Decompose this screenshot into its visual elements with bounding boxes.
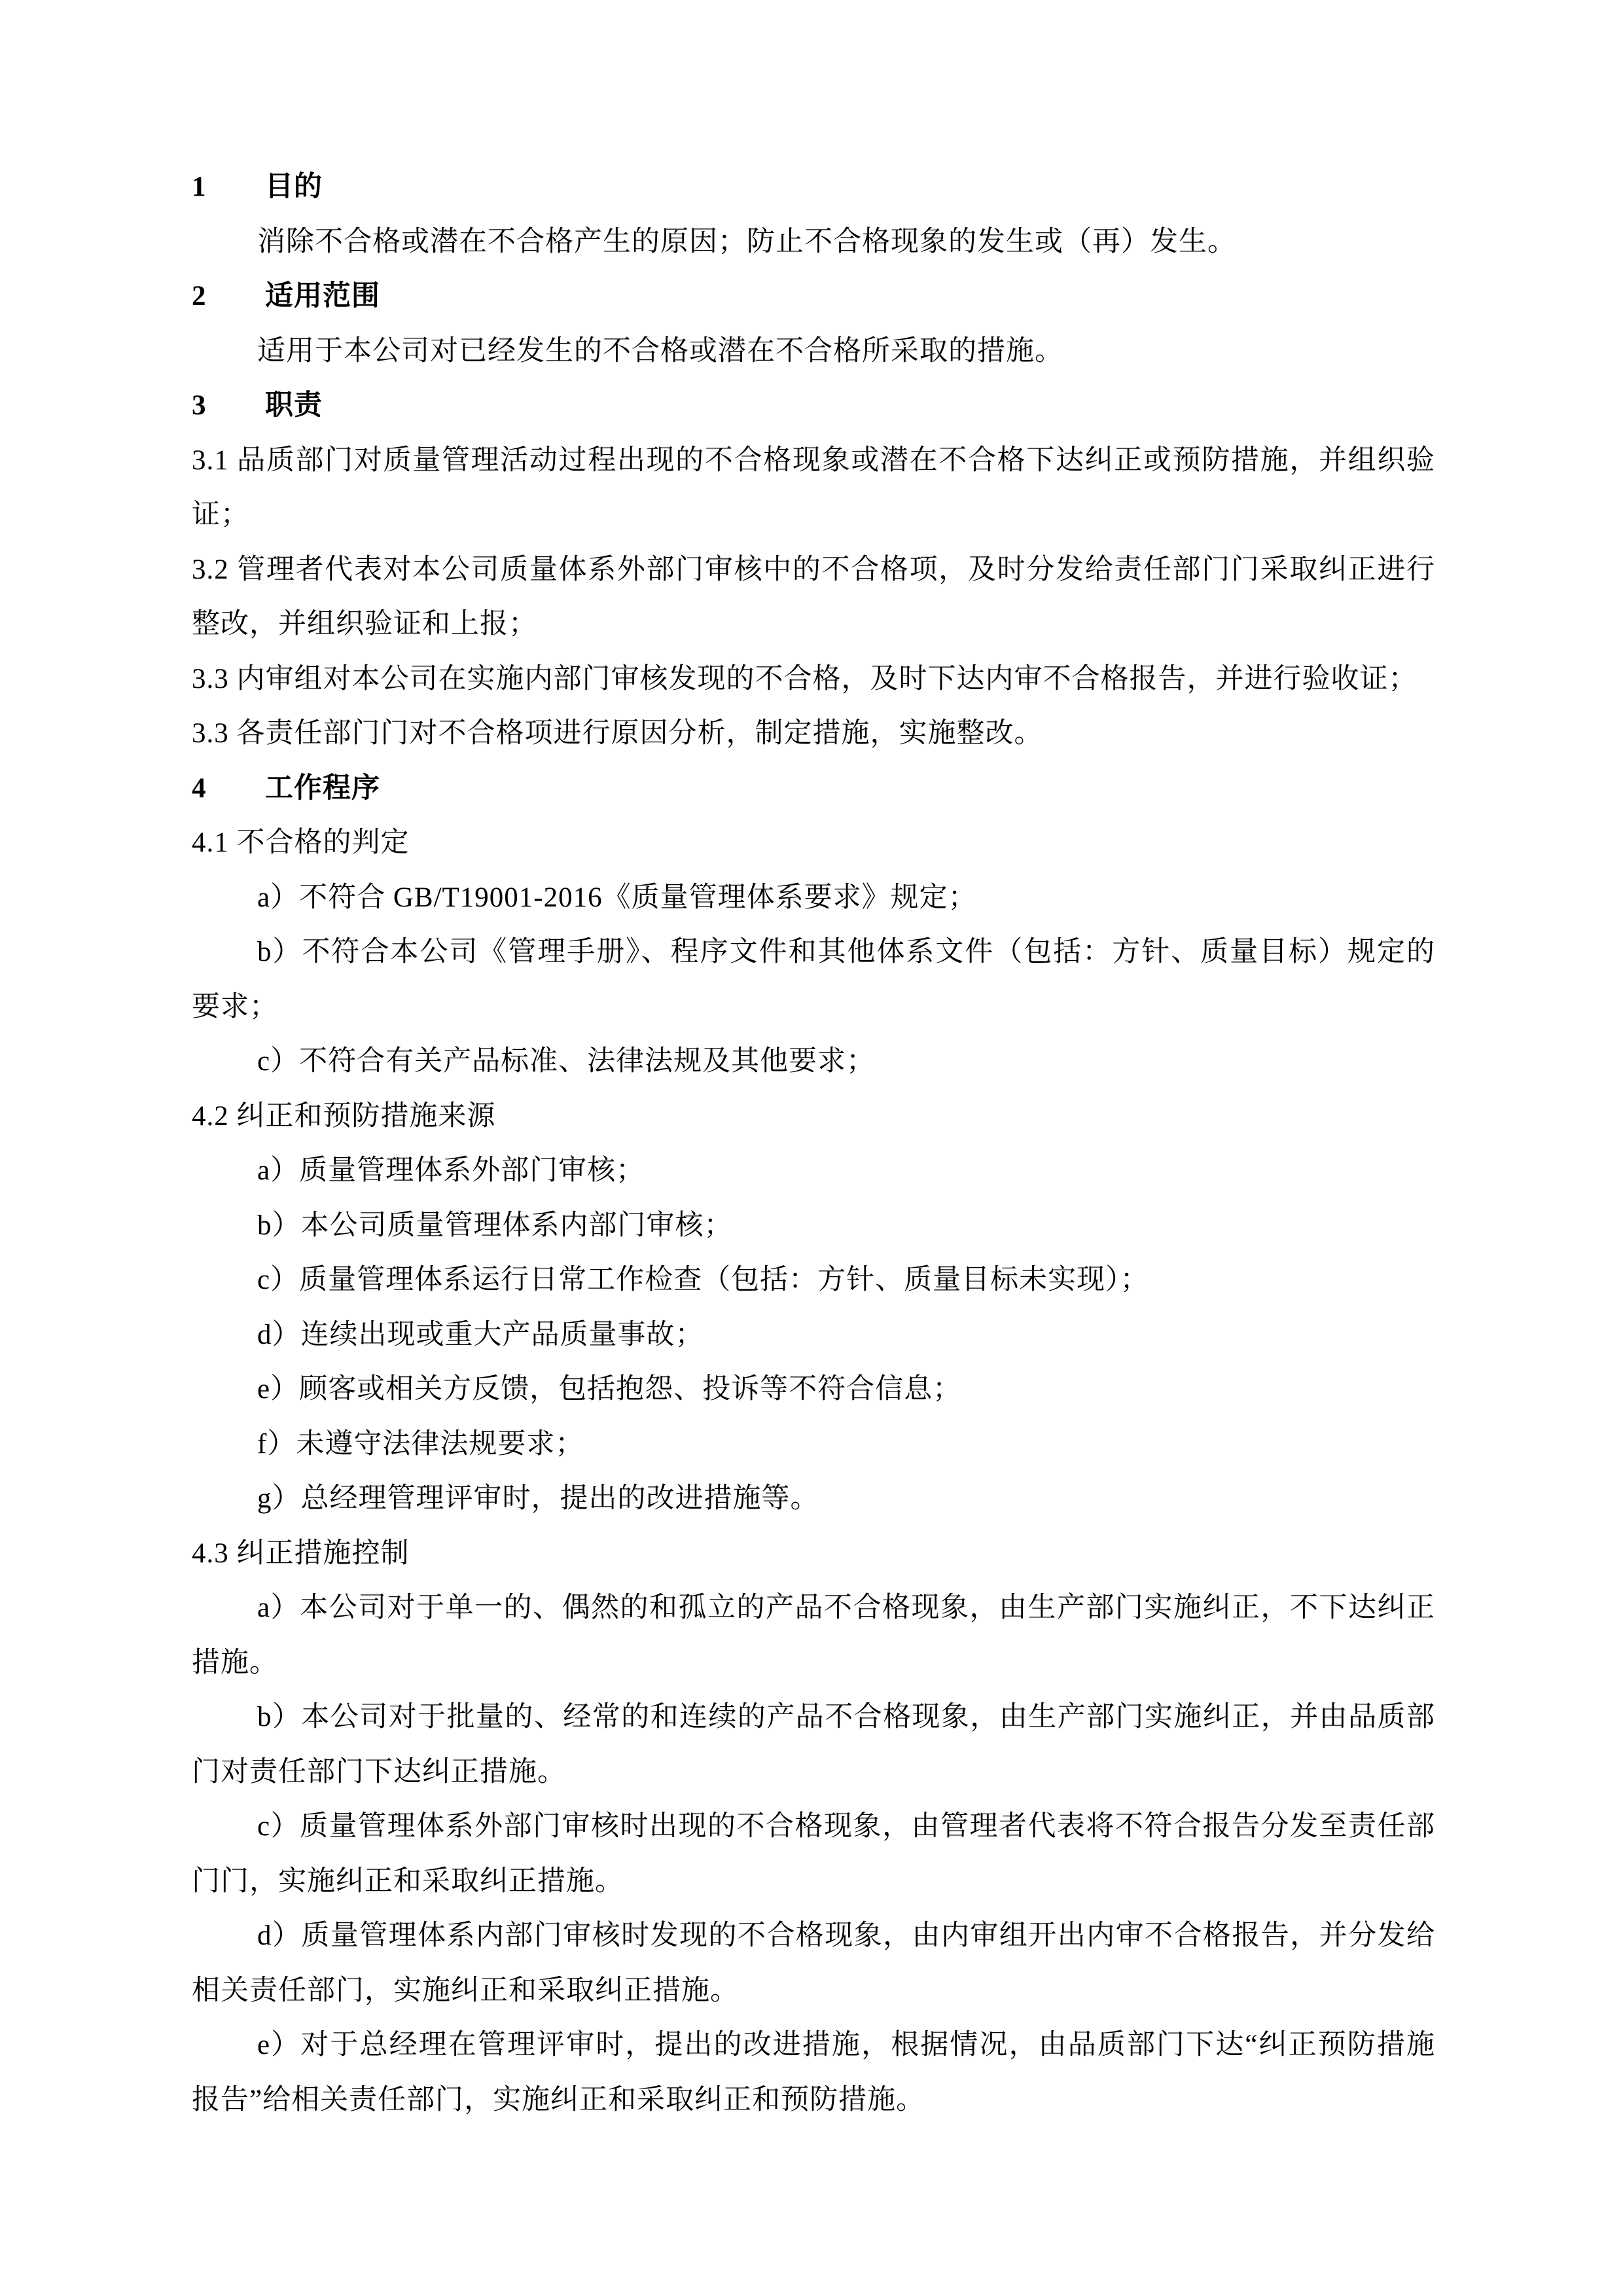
list-item-4-1-c: c）不符合有关产品标准、法律法规及其他要求； [192, 1034, 1435, 1089]
list-item-4-3-d: d）质量管理体系内部门审核时发现的不合格现象，由内审组开出内审不合格报告，并分发… [192, 1909, 1435, 2018]
list-item-4-2-c: c）质量管理体系运行日常工作检查（包括：方针、质量目标未实现）； [192, 1253, 1435, 1308]
list-item-4-2-f: f）未遵守法律法规要求； [192, 1417, 1435, 1472]
subsection-heading-4-1: 4.1 不合格的判定 [192, 816, 1435, 870]
subsection-heading-4-3: 4.3 纠正措施控制 [192, 1526, 1435, 1581]
section-title: 职责 [265, 390, 323, 421]
section-title: 目的 [265, 171, 323, 202]
subsection-heading-4-2: 4.2 纠正和预防措施来源 [192, 1089, 1435, 1144]
list-item-4-3-a: a）本公司对于单一的、偶然的和孤立的产品不合格现象，由生产部门实施纠正，不下达纠… [192, 1581, 1435, 1690]
paragraph-3-1: 3.1 品质部门对质量管理活动过程出现的不合格现象或潜在不合格下达纠正或预防措施… [192, 433, 1435, 543]
paragraph-3-3-a: 3.3 内审组对本公司在实施内部门审核发现的不合格，及时下达内审不合格报告，并进… [192, 652, 1435, 707]
section-title: 工作程序 [265, 773, 380, 804]
paragraph-3-2: 3.2 管理者代表对本公司质量体系外部门审核中的不合格项，及时分发给责任部门门采… [192, 543, 1435, 652]
section-number: 4 [192, 761, 265, 816]
paragraph-purpose-body: 消除不合格或潜在不合格产生的原因；防止不合格现象的发生或（再）发生。 [192, 215, 1435, 270]
paragraph-scope-body: 适用于本公司对已经发生的不合格或潜在不合格所采取的措施。 [192, 324, 1435, 379]
list-item-4-1-b: b）不符合本公司《管理手册》、程序文件和其他体系文件（包括：方针、质量目标）规定… [192, 925, 1435, 1034]
list-item-4-2-d: d）连续出现或重大产品质量事故； [192, 1308, 1435, 1363]
paragraph-3-3-b: 3.3 各责任部门门对不合格项进行原因分析，制定措施，实施整改。 [192, 706, 1435, 761]
list-item-4-3-e: e）对于总经理在管理评审时，提出的改进措施，根据情况，由品质部门下达“纠正预防措… [192, 2018, 1435, 2127]
section-heading-purpose: 1目的 [192, 160, 1435, 215]
section-number: 1 [192, 160, 265, 215]
section-number: 2 [192, 269, 265, 324]
section-heading-procedure: 4工作程序 [192, 761, 1435, 816]
list-item-4-2-a: a）质量管理体系外部门审核； [192, 1143, 1435, 1198]
document-page: 1目的 消除不合格或潜在不合格产生的原因；防止不合格现象的发生或（再）发生。 2… [0, 0, 1623, 2296]
list-item-4-2-e: e）顾客或相关方反馈，包括抱怨、投诉等不符合信息； [192, 1362, 1435, 1417]
section-heading-responsibility: 3职责 [192, 378, 1435, 433]
list-item-4-1-a: a）不符合 GB/T19001-2016《质量管理体系要求》规定； [192, 870, 1435, 925]
list-item-4-3-c: c）质量管理体系外部门审核时出现的不合格现象，由管理者代表将不符合报告分发至责任… [192, 1799, 1435, 1909]
list-item-4-2-b: b）本公司质量管理体系内部门审核； [192, 1198, 1435, 1253]
list-item-4-3-b: b）本公司对于批量的、经常的和连续的产品不合格现象，由生产部门实施纠正，并由品质… [192, 1690, 1435, 1799]
section-heading-scope: 2适用范围 [192, 269, 1435, 324]
list-item-4-2-g: g）总经理管理评审时，提出的改进措施等。 [192, 1471, 1435, 1526]
section-number: 3 [192, 378, 265, 433]
section-title: 适用范围 [265, 281, 380, 312]
